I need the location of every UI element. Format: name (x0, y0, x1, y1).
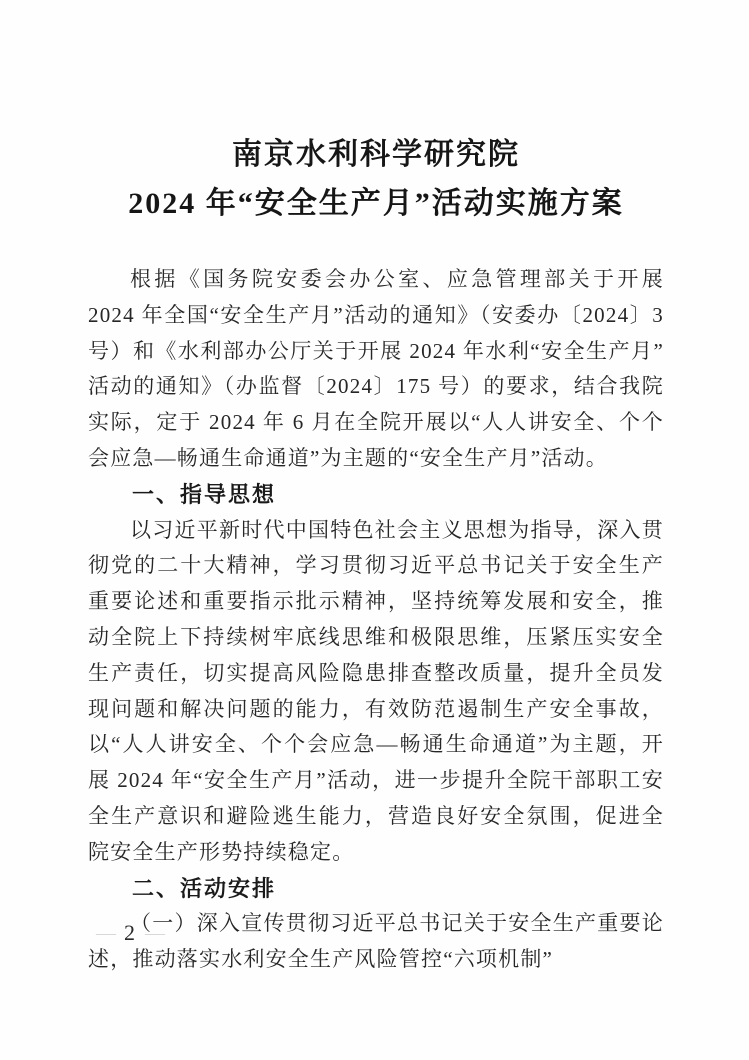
subsection-heading-one: （一）深入宣传贯彻习近平总书记关于安全生产重要论述，推动落实水利安全生产风险管控… (88, 906, 664, 978)
footer-dash-left: — (96, 922, 114, 945)
section-heading-guiding-ideology: 一、指导思想 (88, 477, 664, 513)
guiding-ideology-paragraph: 以习近平新时代中国特色社会主义思想为指导，深入贯彻党的二十大精神，学习贯彻习近平… (88, 513, 664, 871)
intro-paragraph: 根据《国务院安委会办公室、应急管理部关于开展 2024 年全国“安全生产月”活动… (88, 262, 664, 477)
page-footer: — 2 — (96, 920, 163, 946)
document-content: 南京水利科学研究院 2024 年“安全生产月”活动实施方案 根据《国务院安委会办… (88, 130, 664, 978)
document-title-line1: 南京水利科学研究院 (88, 130, 664, 179)
page-number: 2 (122, 920, 137, 946)
document-title: 南京水利科学研究院 2024 年“安全生产月”活动实施方案 (88, 130, 664, 228)
document-title-line2: 2024 年“安全生产月”活动实施方案 (88, 179, 664, 228)
footer-dash-right: — (145, 922, 163, 945)
section-heading-activity-arrangement: 二、活动安排 (88, 871, 664, 907)
document-page: 南京水利科学研究院 2024 年“安全生产月”活动实施方案 根据《国务院安委会办… (0, 0, 749, 1060)
